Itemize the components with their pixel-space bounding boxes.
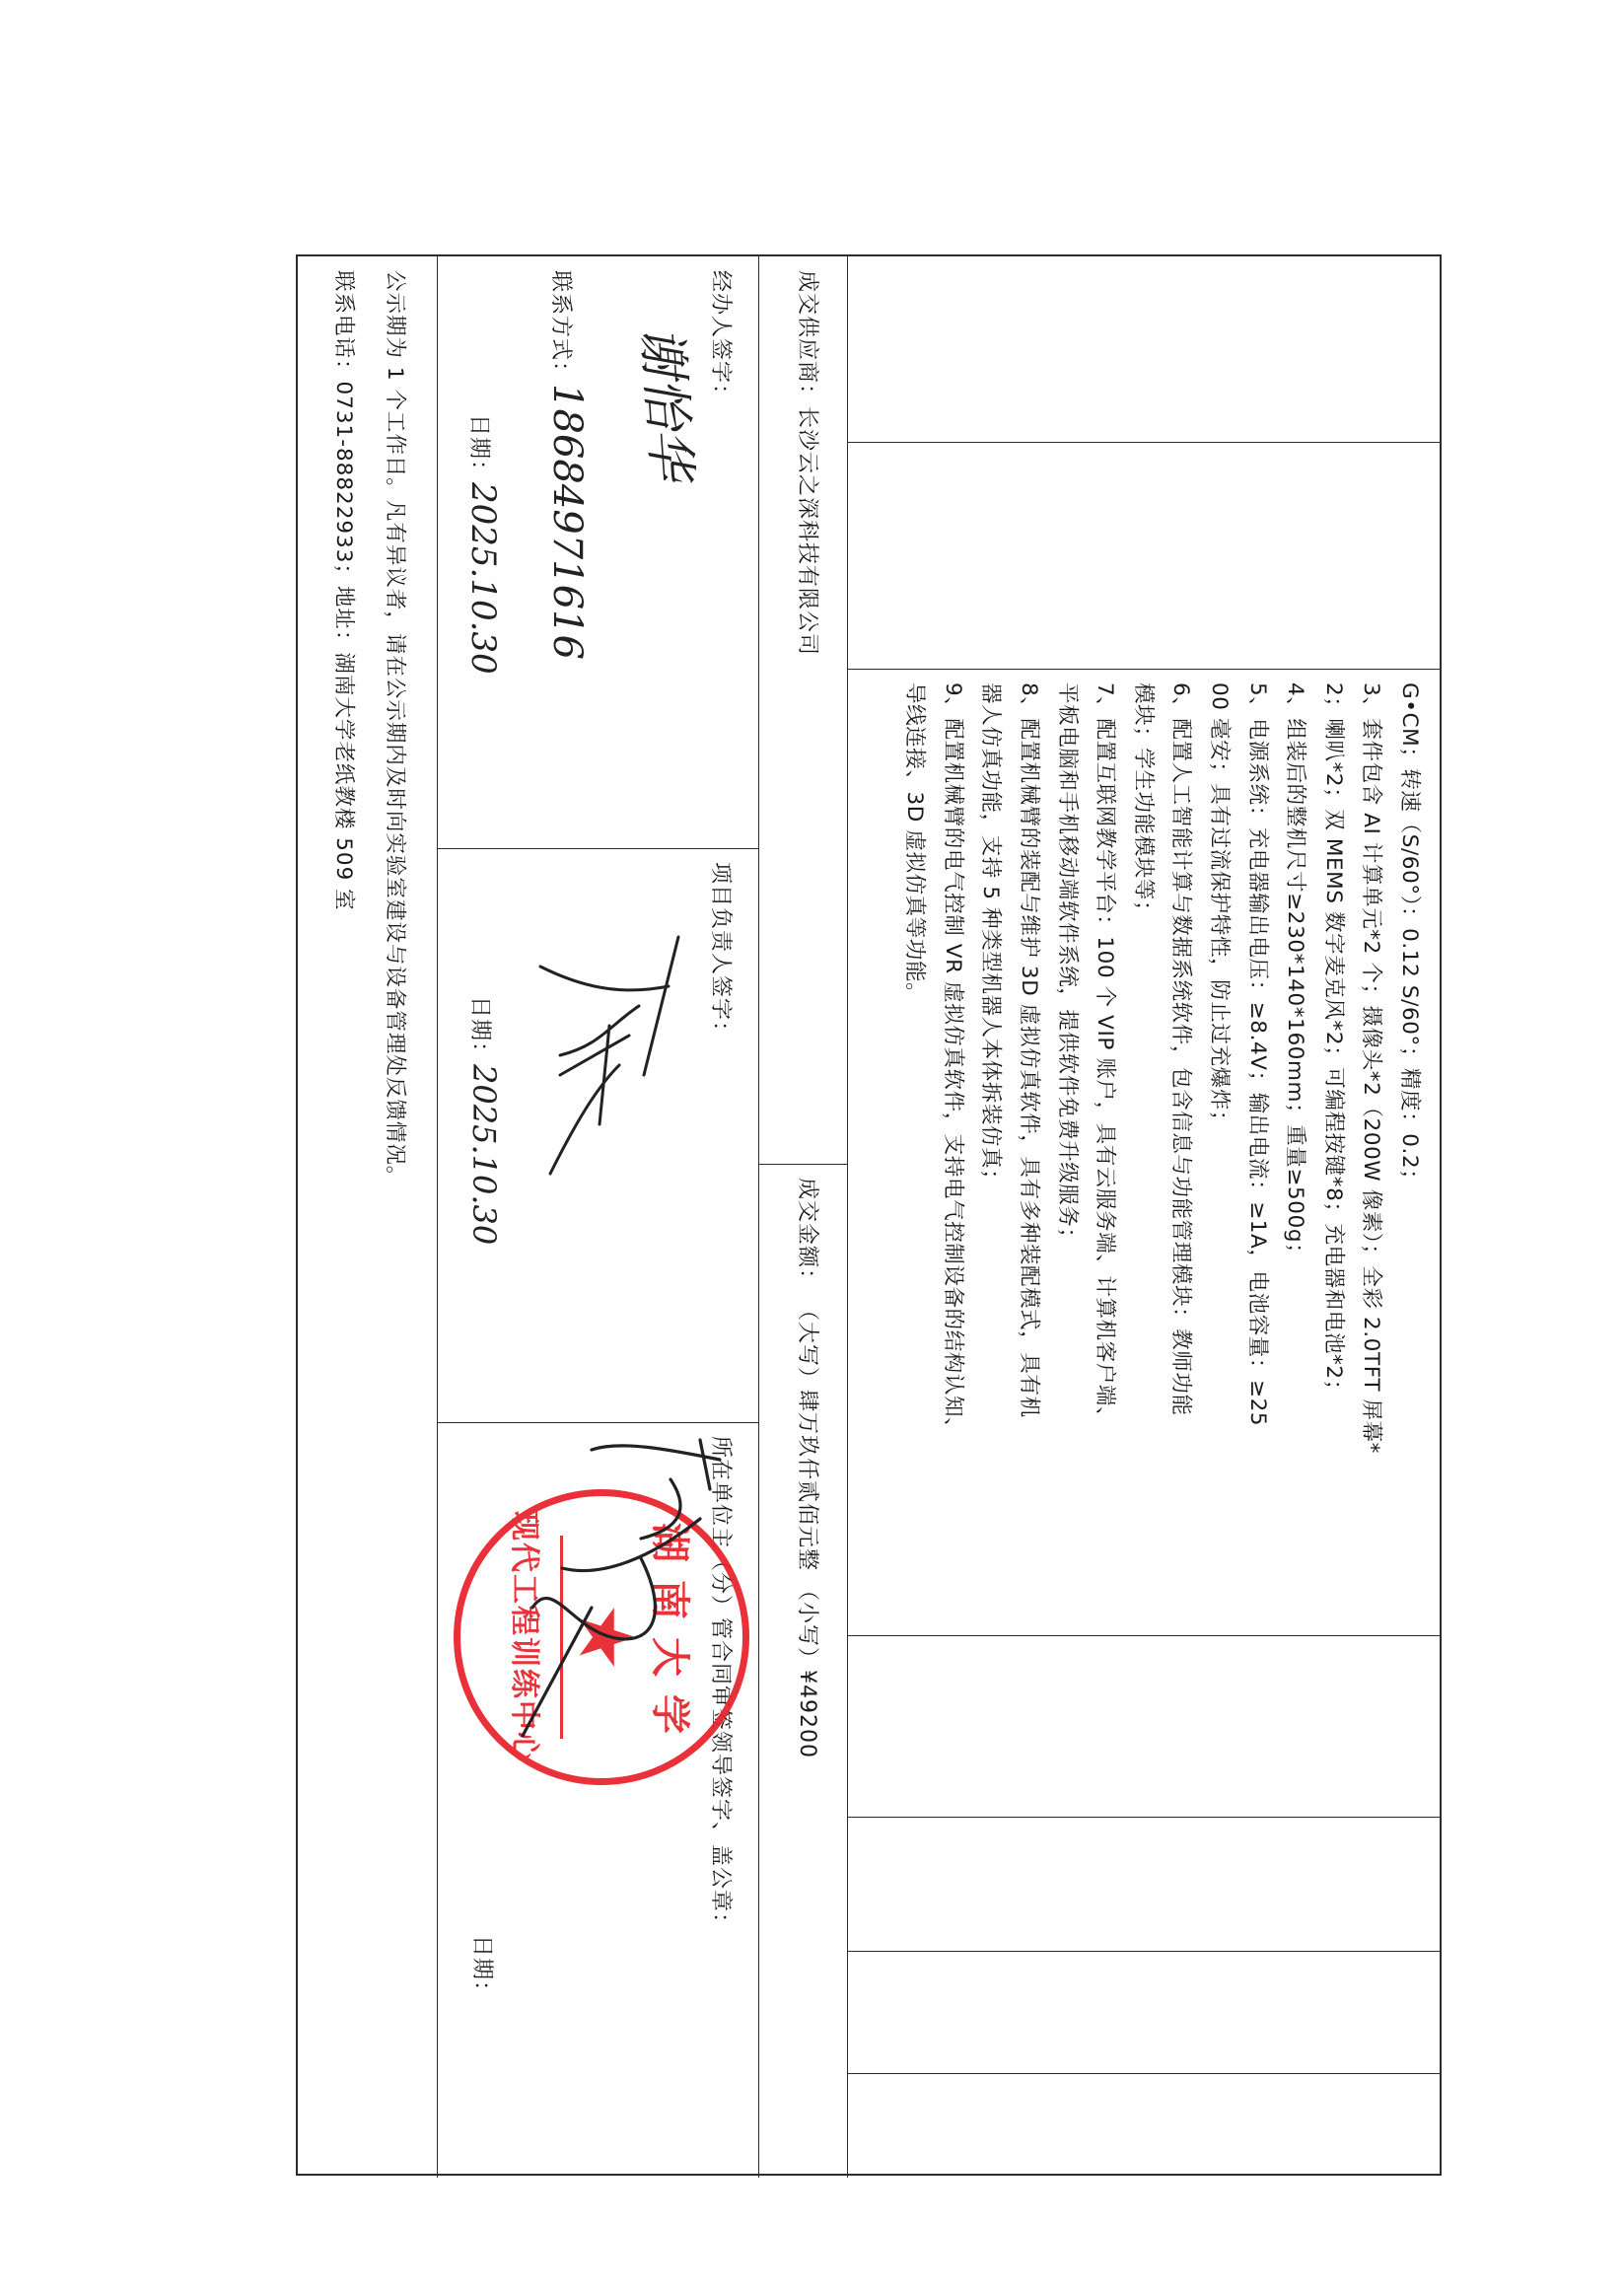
agent-date: 日期：2025.10.30 [463,414,503,675]
agent-date-value: 2025.10.30 [463,482,503,675]
project-manager-signature-cell: 项目负责人签字： [handwritten signature] 日期：2025… [436,848,757,1422]
agent-contact-label: 联系方式： [548,270,573,384]
leader-date-label: 日期： [468,1935,499,2003]
spec-line: 导线连接、3D 虚拟仿真等功能。 [895,682,934,1625]
amount-upper-label: （大写） [795,1299,819,1390]
agent-contact: 联系方式：18684971616 [544,270,590,660]
footer-cell: 公示期为 1 个工作日。凡有异议者，请在公示期内及时向实验室建设与设备管理处反馈… [298,256,436,2178]
spec-line: 8、配置机械臂的装配与维护 3D 虚拟仿真软件，具有多种装配模式，具有机 [1009,682,1047,1625]
contact-info: 联系电话：0731-88822933；地址：湖南大学老纸教楼 509 室 [318,270,369,2178]
pm-signature [530,927,698,1183]
spec-line: 平板电脑和手机移动端软件系统，提供软件免费升级服务； [1047,682,1086,1625]
supplier-label: 成交供应商： [795,270,819,406]
agent-contact-value: 18684971616 [544,384,590,660]
spec-line: 00 毫安；具有过流保护特性，防止过充爆炸； [1199,682,1237,1625]
spec-line: 器人仿真功能，支持 5 种类型机器人本体拆装仿真； [971,682,1010,1625]
amount-lower-value: ¥49200 [795,1670,819,1758]
procurement-result-form: G•CM；转速（S/60°）：0.12 S/60°；精度：0.2； 3、套件包含… [296,254,1442,2176]
spec-line: 模块；学生功能模块等； [1123,682,1162,1625]
divider [848,442,1440,443]
divider [848,1951,1440,1952]
spec-line: 2；喇叭*2；双 MEMS 数字麦克风*2；可编程按键*8；充电器和电池*2； [1313,682,1352,1625]
supplier-cell: 成交供应商：长沙云之深科技有限公司 [757,256,846,1164]
specification-cell: G•CM；转速（S/60°）：0.12 S/60°；精度：0.2； 3、套件包含… [848,669,1436,1635]
leader-signature [503,1420,730,1756]
spec-line: G•CM；转速（S/60°）：0.12 S/60°；精度：0.2； [1389,682,1428,1625]
pm-sign-label: 项目负责人签字： [707,862,738,1043]
public-notice: 公示期为 1 个工作日。凡有异议者，请在公示期内及时向实验室建设与设备管理处反馈… [369,270,420,2178]
amount-lower-label: （小写） [795,1579,819,1670]
agent-signature: 谢怡华 [629,323,714,482]
agent-sign-label: 经办人签字： [707,270,738,406]
spec-line: 9、配置机械臂的电气控制 VR 虚拟仿真软件，支持电气控制设备的结构认知、 [933,682,971,1625]
spec-line: 3、套件包含 AI 计算单元*2 个；摄像头*2（200W 像素）；全彩 2.0… [1352,682,1390,1625]
pm-date-value: 2025.10.30 [465,1064,503,1245]
amount-upper-value: 肆万玖仟贰佰元整 [795,1390,819,1571]
amount-cell: 成交金额： （大写）肆万玖仟贰佰元整 （小写）¥49200 [757,1164,846,2178]
spec-line: 4、组装后的整机尺寸≥230*140*160mm；重量≥500g； [1276,682,1314,1625]
divider [848,1817,1440,1818]
spec-line: 7、配置互联网教学平台：100 个 VIP 账户，具有云服务端、计算机客户端、 [1086,682,1124,1625]
agent-signature-cell: 经办人签字： 谢怡华 联系方式：18684971616 日期：2025.10.3… [436,256,757,848]
divider [848,2073,1440,2074]
agent-date-label: 日期： [466,414,491,482]
amount-label: 成交金额： [795,1178,819,1291]
pm-date: 日期：2025.10.30 [465,996,503,1245]
spec-line: 6、配置人工智能计算与数据系统软件，包含信息与功能管理模块：教师功能 [1162,682,1200,1625]
spec-line: 5、电源系统：充电器输出电压：≥8.4V；输出电流：≥1A，电池容量：≥25 [1237,682,1276,1625]
divider [848,1635,1440,1636]
supplier-name: 长沙云之深科技有限公司 [795,406,819,656]
pm-date-label: 日期： [467,996,492,1064]
